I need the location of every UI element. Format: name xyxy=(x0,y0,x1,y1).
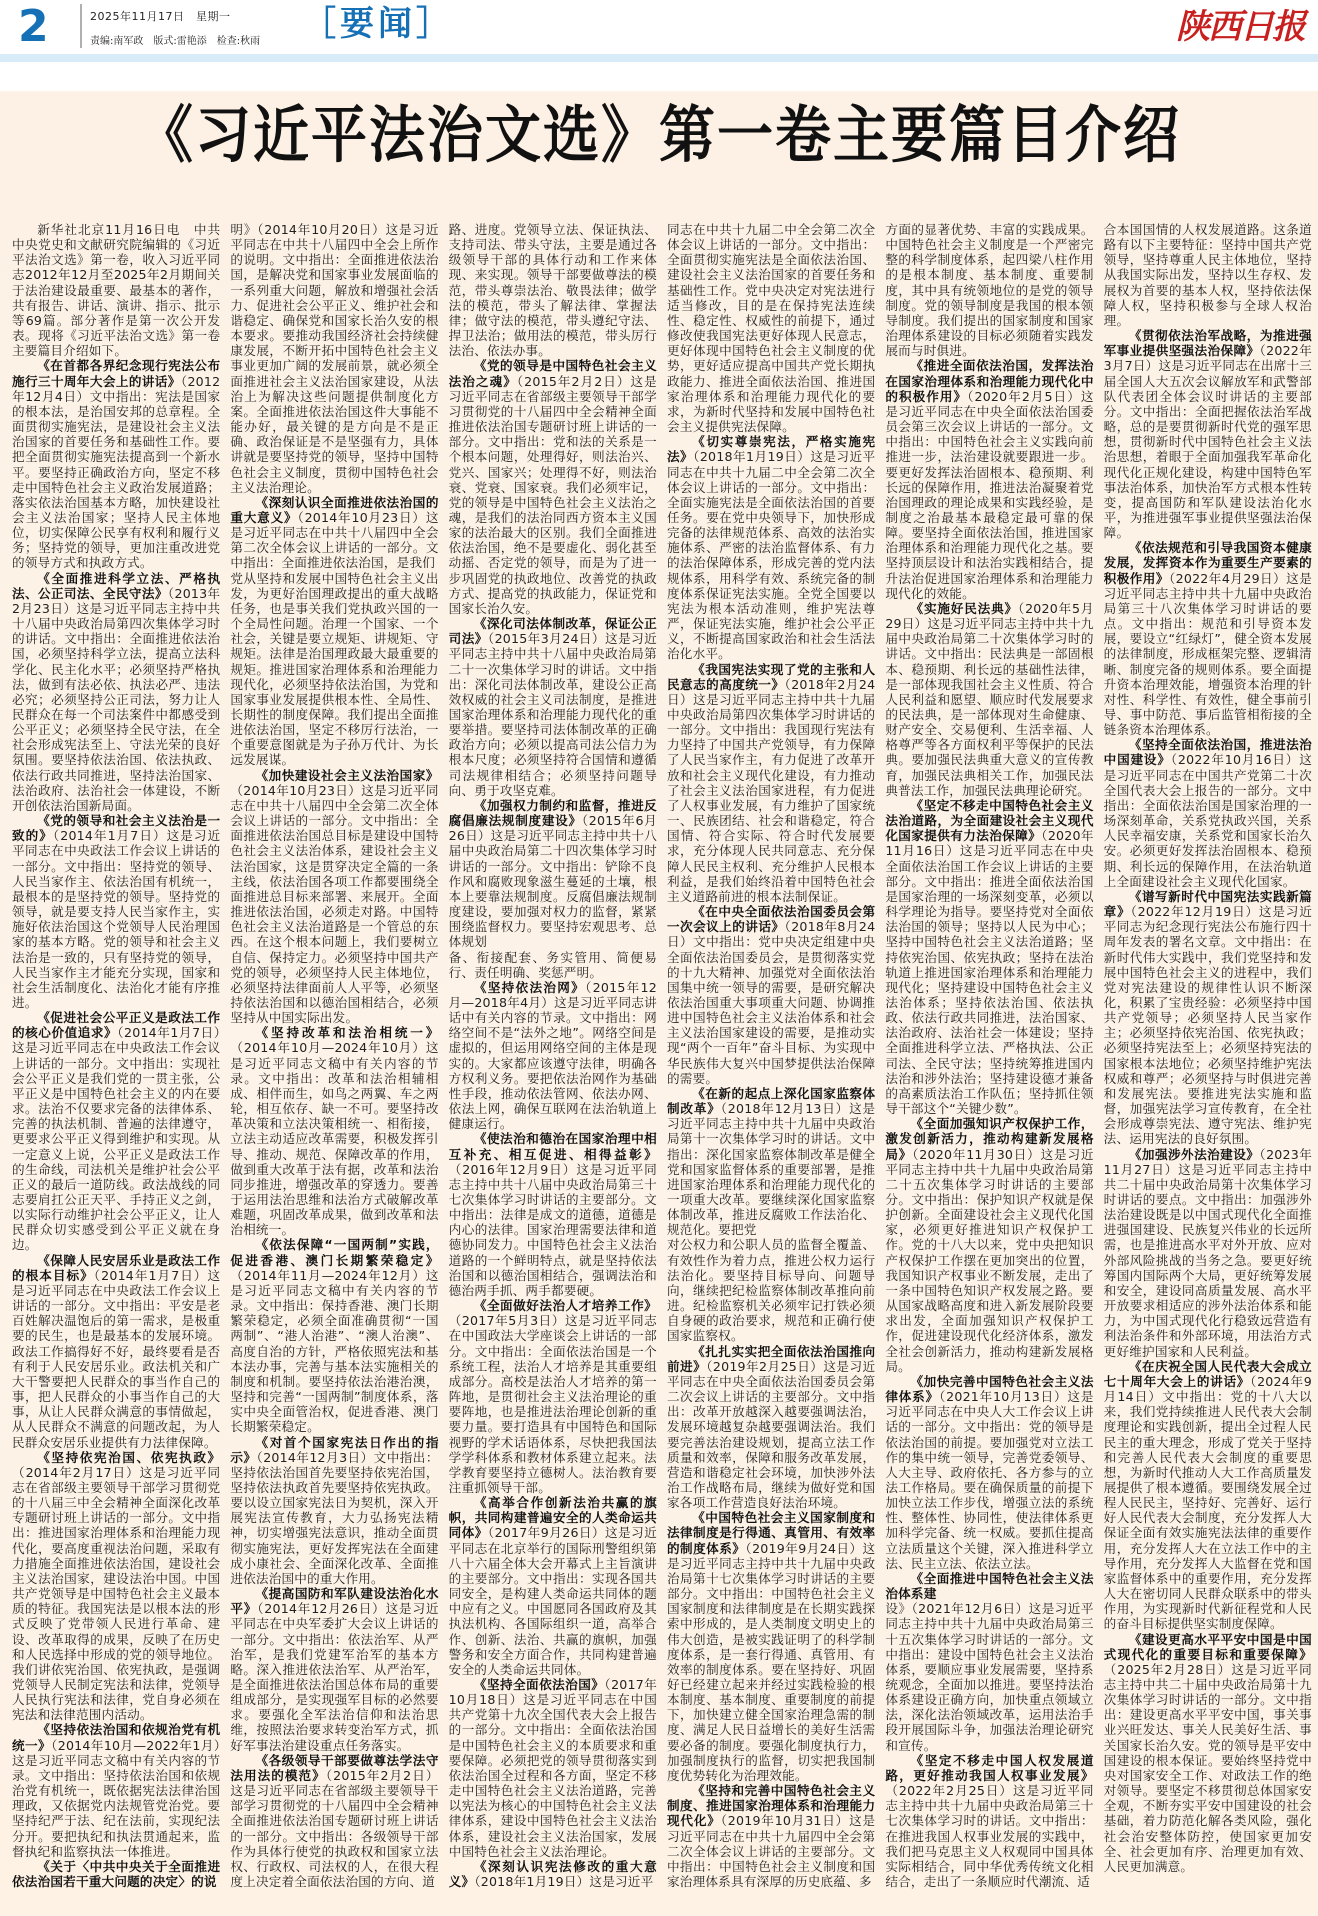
article-paragraph: 《坚持依宪治国、依宪执政》（2014年2月17日）这是习近平同志在省部级主要领导… xyxy=(12,1450,220,1723)
article-body: 合本国国情的人权发展道路。这条道路有以下主要特征：坚持中国共产党领导，坚持尊重人… xyxy=(1104,222,1312,328)
article-title: 《建设更高水平平安中国是中国式现代化的重要目标和重要保障》 xyxy=(1104,1632,1312,1662)
article-body: （2014年1月7日）这是习近平同志在中央政法工作会议上讲话的一部分。文中指出：… xyxy=(12,1025,220,1252)
article-body: （2016年12月9日）这是习近平同志主持中共十八届中央政治局第三十七次集体学习… xyxy=(449,1162,657,1298)
article-body: 路、进度。党领导立法、保证执法、支持司法、带头守法，主要是通过各级领导干部的具体… xyxy=(449,222,657,358)
article-paragraph: 《在新的起点上深化国家监察体制改革》（2018年12月13日）这是习近平同志主持… xyxy=(667,1086,875,1238)
article-title: 《全面做好法治人才培养工作》 xyxy=(474,1298,657,1313)
article-title: 《加强涉外法治建设》 xyxy=(1129,1147,1260,1162)
article-paragraph: 《加快建设社会主义法治国家》（2014年10月23日）这是习近平同志在中共十八届… xyxy=(230,768,438,1026)
article-paragraph: 对公权力和公职人员的监督全覆盖、有效性作为着力点，推进公权力运行法治化。要坚持目… xyxy=(667,1237,875,1343)
article-paragraph: 党从坚持和发展中国特色社会主义出发，为更好治国理政提出的重大战略任务，也是事关我… xyxy=(230,571,438,768)
article-body: （2020年11月30日）这是习近平同志主持中共十九届中央政治局第二十五次集体学… xyxy=(885,1147,1093,1374)
text-column: 合本国国情的人权发展道路。这条道路有以下主要特征：坚持中国共产党领导，坚持尊重人… xyxy=(1104,222,1312,1902)
article-body: （2014年10月—2024年10月）这是习近平同志文稿中有关内容的节录。文中指… xyxy=(230,1040,438,1237)
article-paragraph: 《谱写新时代中国宪法实践新篇章》（2022年12月19日）这是习近平同志为纪念现… xyxy=(1104,889,1312,1147)
article-columns: 新华社北京11月16日电 中共中央党史和文献研究院编辑的《习近平法治文选》第一卷… xyxy=(12,222,1312,1902)
article-body: （2022年3月7日）这是习近平同志在出席十三届全国人大五次会议解放军和武警部队… xyxy=(1104,343,1312,540)
article-paragraph: 《建设更高水平平安中国是中国式现代化的重要目标和重要保障》（2025年2月28日… xyxy=(1104,1632,1312,1875)
article-paragraph: 路、进度。党领导立法、保证执法、支持司法、带头守法，主要是通过各级领导干部的具体… xyxy=(449,222,657,358)
article-paragraph: 《依法规范和引导我国资本健康发展，发挥资本作为重要生产要素的积极作用》（2022… xyxy=(1104,540,1312,737)
article-body: 备、衔接配套、务实管用、简便易行、责任明确、奖惩严明。 xyxy=(449,950,657,980)
article-body: 对公权力和公职人员的监督全覆盖、有效性作为着力点，推进公权力运行法治化。要坚持目… xyxy=(667,1237,875,1343)
article-body: （2022年2月25日）这是习近平同志主持中共十九届中央政治局第三十七次集体学习… xyxy=(885,1783,1093,1889)
article-paragraph: 《坚持依法治国和依规治党有机统一》（2014年10月—2022年1月）这是习近平… xyxy=(12,1722,220,1858)
article-title: 《关于〈中共中央关于全面推进依法治国若干重大问题的决定〉的说 xyxy=(12,1859,220,1889)
article-paragraph: 新华社北京11月16日电 中共中央党史和文献研究院编辑的《习近平法治文选》第一卷… xyxy=(12,222,220,358)
headline: 《习近平法治文选》第一卷主要篇目介绍 xyxy=(0,103,1318,169)
article-paragraph: 《推进全面依法治国，发挥法治在国家治理体系和治理能力现代化中的积极作用》（202… xyxy=(885,358,1093,601)
article-paragraph: 《提高国防和军队建设法治化水平》（2014年12月26日）这是习近平同志在中央军… xyxy=(230,1586,438,1753)
section-label: ［要闻］ xyxy=(302,2,454,46)
article-body: 方面的显著优势、丰富的实践成果。中国特色社会主义制度是一个严密完整的科学制度体系… xyxy=(885,222,1093,358)
article-paragraph: 《深化司法体制改革，保证公正司法》（2015年3月24日）这是习近平同志主持中共… xyxy=(449,616,657,798)
article-paragraph: 《坚定不移走中国特色社会主义法治道路，为全面建设社会主义现代化国家提供有力法治保… xyxy=(885,798,1093,1116)
article-body: （2017年5月3日）这是习近平同志在中国政法大学座谈会上讲话的一部分。文中指出… xyxy=(449,1313,657,1495)
article-paragraph: 《坚持全面依法治国，推进法治中国建设》（2022年10月16日）这是习近平同志在… xyxy=(1104,737,1312,889)
article-paragraph: 《深刻认识宪法修改的重大意义》（2018年1月19日）这是习近平 xyxy=(449,1859,657,1889)
article-paragraph: 《坚持全面依法治国》（2017年10月18日）这是习近平同志在中国共产党第十九次… xyxy=(449,1677,657,1859)
article-paragraph: 《实施好民法典》（2020年5月29日）这是习近平同志主持中共十九届中央政治局第… xyxy=(885,601,1093,798)
article-body: （2019年2月25日）这是习近平同志在中央全面依法治国委员会第二次会议上讲话的… xyxy=(667,1359,875,1510)
article-body: （2015年6月26日）这是习近平同志主持中共十八届中央政治局第二十四次集体学习… xyxy=(449,813,657,949)
article-paragraph: 《关于〈中共中央关于全面推进依法治国若干重大问题的决定〉的说 xyxy=(12,1859,220,1889)
masthead: 2 2025年11月17日 星期一 责编:南军政 版式:雷艳添 检查:秋雨 ［要… xyxy=(0,0,1318,54)
text-column: 明》（2014年10月20日）这是习近平同志在中共十八届四中全会上所作的说明。文… xyxy=(230,222,438,1902)
article-body: （2020年2月5日）这是习近平同志在中央全面依法治国委员会第三次会议上讲话的一… xyxy=(885,389,1093,601)
article-body: （2015年2月2日）这是习近平同志在省部级主要领导干部学习贯彻党的十八届四中全… xyxy=(230,1768,438,1889)
article-body: （2017年10月18日）这是习近平同志在中国共产党第十九次全国代表大会上报告的… xyxy=(449,1677,657,1859)
article-paragraph: 《全面推进科学立法、严格执法、公正司法、全民守法》（2013年2月23日）这是习… xyxy=(12,571,220,814)
article-paragraph: 《保障人民安居乐业是政法工作的根本目标》（2014年1月7日）这是习近平同志在中… xyxy=(12,1253,220,1450)
article-body: （2014年10月—2022年1月）这是习近平同志文稿中有关内容的节录。文中指出… xyxy=(12,1738,220,1859)
article-paragraph: 《坚持依法治网》（2015年12月—2018年4月）这是习近平同志讲话中有关内容… xyxy=(449,980,657,1132)
article-paragraph: 《全面推进中国特色社会主义法治体系建 xyxy=(885,1571,1093,1601)
article-title: 《加快建设社会主义法治国家》 xyxy=(256,768,439,783)
article-paragraph: 同志在中共十九届二中全会第二次全体会议上讲话的一部分。文中指出：全面贯彻实施宪法… xyxy=(667,222,875,434)
article-body: （2014年1月7日）这是习近平同志在中央政法工作会议上讲话的一部分。文中指出：… xyxy=(12,828,220,1010)
article-body: （2014年12月3日）文中指出：坚持依法治国首先要坚持依宪治国，坚持依法执政首… xyxy=(230,1450,438,1586)
article-paragraph: 《在庆祝全国人民代表大会成立七十周年大会上的讲话》（2024年9月14日）文中指… xyxy=(1104,1359,1312,1632)
article-paragraph: 方面的显著优势、丰富的实践成果。中国特色社会主义制度是一个严密完整的科学制度体系… xyxy=(885,222,1093,358)
article-paragraph: 《依法保障“一国两制”实践，促进香港、澳门长期繁荣稳定》（2014年11月—20… xyxy=(230,1237,438,1434)
article-body: （2022年4月29日）这是习近平同志主持中共十九届中央政治局第三十八次集体学习… xyxy=(1104,571,1312,738)
article-paragraph: 《切实尊崇宪法，严格实施宪法》（2018年1月19日）这是习近平同志在中共十九届… xyxy=(667,434,875,661)
text-column: 同志在中共十九届二中全会第二次全体会议上讲话的一部分。文中指出：全面贯彻实施宪法… xyxy=(667,222,875,1902)
article-body: （2025年2月28日）这是习近平同志主持中共二十届中央政治局第十九次集体学习时… xyxy=(1104,1662,1312,1874)
article-title: 《使法治和德治在国家治理中相互补充、相互促进、相得益彰》 xyxy=(449,1131,657,1161)
article-body: （2014年11月—2024年12月）这是习近平同志文稿中有关内容的节录。文中指… xyxy=(230,1268,438,1435)
article-paragraph: 《加强权力制约和监督，推进反腐倡廉法规制度建设》（2015年6月26日）这是习近… xyxy=(449,798,657,950)
article-body: （2015年3月24日）这是习近平同志主持中共十八届中央政治局第二十一次集体学习… xyxy=(449,631,657,798)
article-paragraph: 合本国国情的人权发展道路。这条道路有以下主要特征：坚持中国共产党领导，坚持尊重人… xyxy=(1104,222,1312,328)
article-paragraph: 《坚持和完善中国特色社会主义制度、推进国家治理体系和治理能力现代化》（2019年… xyxy=(667,1783,875,1889)
article-body: （2018年1月19日）这是习近平同志在中共十九届二中全会第二次全体会议上讲话的… xyxy=(667,449,875,661)
article-body: （2015年12月—2018年4月）这是习近平同志讲话中有关内容的节录。文中指出… xyxy=(449,980,657,1131)
editor-credits: 责编:南军政 版式:雷艳添 检查:秋雨 xyxy=(90,32,260,47)
article-body: 新华社北京11月16日电 中共中央党史和文献研究院编辑的《习近平法治文选》第一卷… xyxy=(12,222,220,358)
article-paragraph: 《坚持改革和法治相统一》（2014年10月—2024年10月）这是习近平同志文稿… xyxy=(230,1025,438,1237)
article-body: （2017年9月26日）这是习近平同志在北京举行的国际刑警组织第八十六届全体大会… xyxy=(449,1525,657,1676)
article-paragraph: 《加强涉外法治建设》（2023年11月27日）这是习近平同志主持中共二十届中央政… xyxy=(1104,1147,1312,1359)
article-paragraph: 设》（2021年12月6日）这是习近平同志主持中共十九届中央政治局第三十五次集体… xyxy=(885,1601,1093,1753)
article-paragraph: 《中国特色社会主义国家制度和法律制度是行得通、真管用、有效率的制度体系》（201… xyxy=(667,1510,875,1783)
article-body: （2018年1月19日）这是习近平 xyxy=(474,1874,653,1889)
masthead-meta: 2025年11月17日 星期一 责编:南军政 版式:雷艳添 检查:秋雨 xyxy=(90,8,260,47)
article-body: （2012年12月4日）文中指出：宪法是国家的根本法，是治国安邦的总章程。全面贯… xyxy=(12,374,220,571)
article-body: （2023年11月27日）这是习近平同志主持中共二十届中央政治局第十次集体学习时… xyxy=(1104,1147,1312,1359)
article-paragraph: 备、衔接配套、务实管用、简便易行、责任明确、奖惩严明。 xyxy=(449,950,657,980)
page-number: 2 xyxy=(18,2,49,52)
article-body: （2014年10月23日）这是习近平同志在中共十八届四中全会第二次全体会议上讲话… xyxy=(230,783,438,1025)
paper-logo: 陕西日报 xyxy=(1176,2,1304,52)
article-paragraph: 明》（2014年10月20日）这是习近平同志在中共十八届四中全会上所作的说明。文… xyxy=(230,222,438,495)
article-body: 设》（2021年12月6日）这是习近平同志主持中共十九届中央政治局第三十五次集体… xyxy=(885,1601,1093,1752)
article-body: （2020年5月29日）这是习近平同志主持中共十九届中央政治局第二十次集体学习时… xyxy=(885,601,1093,798)
article-body: （2018年8月24日）文中指出：党中央决定组建中央全面依法治国委员会，是贯彻落… xyxy=(667,919,875,1086)
article-paragraph: 《深刻认识全面推进依法治国的重大意义》（2014年10月23日）这是习近平同志在… xyxy=(230,495,438,571)
article-paragraph: 《高举合作创新法治共赢的旗帜，共同构建普遍安全的人类命运共同体》（2017年9月… xyxy=(449,1495,657,1677)
article-body: （2022年10月16日）这是习近平同志在中国共产党第二十次全国代表大会上报告的… xyxy=(1104,752,1312,888)
article-paragraph: 《促进社会公平正义是政法工作的核心价值追求》（2014年1月7日）这是习近平同志… xyxy=(12,1010,220,1253)
article-body: （2019年9月24日）这是习近平同志主持中共十九届中央政治局第十七次集体学习时… xyxy=(667,1541,875,1783)
article-paragraph: 《在首都各界纪念现行宪法公布施行三十周年大会上的讲话》（2012年12月4日）文… xyxy=(12,358,220,570)
article-paragraph: 《党的领导和社会主义法治是一致的》（2014年1月7日）这是习近平同志在中央政法… xyxy=(12,813,220,1010)
article-title: 《实施好民法典》 xyxy=(911,601,1018,616)
article-title: 《坚持全面依法治国》 xyxy=(474,1677,605,1692)
article-paragraph: 《贯彻依法治军战略，为推进强军事业提供坚强法治保障》（2022年3月7日）这是习… xyxy=(1104,328,1312,540)
article-body: （2014年12月26日）这是习近平同志在中央军委扩大会议上讲话的一部分。文中指… xyxy=(230,1601,438,1752)
article-paragraph: 《全面做好法治人才培养工作》（2017年5月3日）这是习近平同志在中国政法大学座… xyxy=(449,1298,657,1495)
article-paragraph: 《我国宪法实现了党的主张和人民意志的高度统一》（2018年2月24日）这是习近平… xyxy=(667,662,875,905)
article-paragraph: 《在中央全面依法治国委员会第一次会议上的讲话》（2018年8月24日）文中指出：… xyxy=(667,904,875,1086)
article-paragraph: 《各级领导干部要做尊法学法守法用法的模范》（2015年2月2日）这是习近平同志在… xyxy=(230,1753,438,1889)
issue-date: 2025年11月17日 星期一 xyxy=(90,8,260,24)
header-band xyxy=(0,54,1318,62)
text-column: 路、进度。党领导立法、保证执法、支持司法、带头守法，主要是通过各级领导干部的具体… xyxy=(449,222,657,1902)
article-body: 同志在中共十九届二中全会第二次全体会议上讲话的一部分。文中指出：全面贯彻实施宪法… xyxy=(667,222,875,434)
article-paragraph: 《对首个国家宪法日作出的指示》（2014年12月3日）文中指出：坚持依法治国首先… xyxy=(230,1435,438,1587)
article-body: （2021年10月13日）这是习近平同志在中央人大工作会议上讲话的一部分。文中指… xyxy=(885,1389,1093,1571)
article-body: 党从坚持和发展中国特色社会主义出发，为更好治国理政提出的重大战略任务，也是事关我… xyxy=(230,571,438,768)
article-title: 《依法保障“一国两制”实践，促进香港、澳门长期繁荣稳定》 xyxy=(230,1237,438,1267)
article-body: （2015年2月2日）这是习近平同志在省部级主要领导干部学习贯彻党的十八届四中全… xyxy=(449,374,657,616)
article-body: （2013年2月23日）这是习近平同志主持中共十八届中央政治局第四次集体学习时的… xyxy=(12,586,220,813)
article-paragraph: 《使法治和德治在国家治理中相互补充、相互促进、相得益彰》（2016年12月9日）… xyxy=(449,1131,657,1298)
article-body: （2020年11月16日）这是习近平同志在中央全面依法治国工作会议上讲话的主要部… xyxy=(885,828,1093,1116)
article-paragraph: 《党的领导是中国特色社会主义法治之魂》（2015年2月2日）这是习近平同志在省部… xyxy=(449,358,657,616)
article-body: （2022年12月19日）这是习近平同志为纪念现行宪法公布施行四十周年发表的署名… xyxy=(1104,904,1312,1146)
text-column: 新华社北京11月16日电 中共中央党史和文献研究院编辑的《习近平法治文选》第一卷… xyxy=(12,222,220,1902)
article-body: （2024年9月14日）文中指出：党的十八大以来，我们党持续推进人民代表大会制度… xyxy=(1104,1374,1312,1632)
article-body: （2014年2月17日）这是习近平同志在省部级主要领导干部学习贯彻党的十八届三中… xyxy=(12,1465,220,1723)
article-title: 《坚定不移走中国人权发展道路，更好推动我国人权事业发展》 xyxy=(885,1753,1093,1783)
article-body: （2018年2月24日）这是习近平同志主持中共十九届中央政治局第四次集体学习时讲… xyxy=(667,677,875,904)
article-paragraph: 《扎扎实实把全面依法治国推向前进》（2019年2月25日）这是习近平同志在中央全… xyxy=(667,1344,875,1511)
article-body: （2014年1月7日）这是习近平同志在中央政法工作会议上讲话的一部分。文中指出：… xyxy=(12,1268,220,1450)
article-paragraph: 《加快完善中国特色社会主义法律体系》（2021年10月13日）这是习近平同志在中… xyxy=(885,1374,1093,1571)
masthead-divider xyxy=(80,4,82,48)
article-body: （2018年12月13日）这是习近平同志主持中共十九届中央政治局第十一次集体学习… xyxy=(667,1101,875,1237)
article-title: 《全面推进中国特色社会主义法治体系建 xyxy=(885,1571,1093,1601)
article-body: 明》（2014年10月20日）这是习近平同志在中共十八届四中全会上所作的说明。文… xyxy=(230,222,438,495)
text-column: 方面的显著优势、丰富的实践成果。中国特色社会主义制度是一个严密完整的科学制度体系… xyxy=(885,222,1093,1902)
article-title: 《坚持依宪治国、依宪执政》 xyxy=(37,1450,220,1465)
article-paragraph: 《全面加强知识产权保护工作，激发创新活力，推动构建新发展格局》（2020年11月… xyxy=(885,1116,1093,1374)
article-title: 《坚持改革和法治相统一》 xyxy=(256,1025,439,1040)
article-paragraph: 《坚定不移走中国人权发展道路，更好推动我国人权事业发展》（2022年2月25日）… xyxy=(885,1753,1093,1889)
article-title: 《坚持依法治网》 xyxy=(474,980,585,995)
